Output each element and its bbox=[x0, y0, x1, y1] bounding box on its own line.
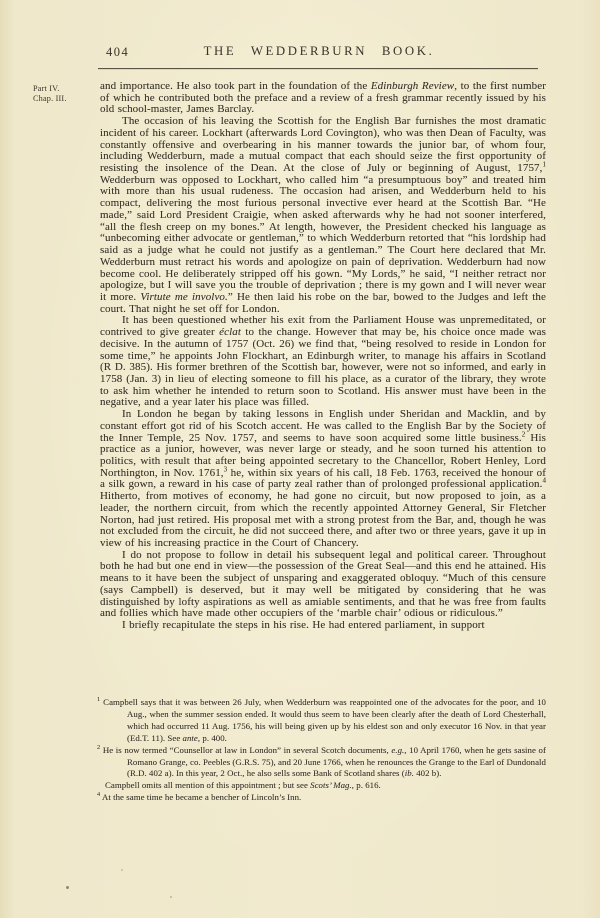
book-page: 404 THE WEDDERBURN BOOK. Part IV. Chap. … bbox=[0, 0, 600, 918]
text-run: The occasion of his leaving the Scottish… bbox=[100, 115, 546, 174]
text-run: , p. 400. bbox=[198, 733, 227, 743]
text-run: I do not propose to follow in detail his… bbox=[100, 549, 546, 620]
text-run: Hitherto, from motives of economy, he ha… bbox=[100, 490, 546, 549]
header-rule bbox=[98, 68, 538, 69]
text-run: to the change. However that may be, his … bbox=[100, 326, 546, 408]
text-run: Campbell omits all mention of this appoi… bbox=[105, 780, 310, 790]
text-run: ib. bbox=[405, 768, 414, 778]
margin-note-part: Part IV. bbox=[33, 84, 97, 94]
text-run: He is now termed “Counsellor at law in L… bbox=[103, 745, 392, 755]
footnote-1: 1 Campbell says that it was between 26 J… bbox=[97, 697, 546, 745]
margin-note: Part IV. Chap. III. bbox=[33, 84, 97, 104]
text-run: Virtute me involvo. bbox=[140, 291, 228, 303]
text-run: In London he began by taking lessons in … bbox=[100, 408, 546, 443]
paper-speck bbox=[121, 869, 123, 871]
footnote-3: Campbell omits all mention of this appoi… bbox=[97, 780, 546, 792]
footnote-marker: 1 bbox=[97, 696, 100, 703]
footnote-marker: 2 bbox=[97, 744, 100, 751]
paragraph-2: The occasion of his leaving the Scottish… bbox=[100, 116, 546, 315]
text-run: ante bbox=[183, 733, 198, 743]
paper-speck bbox=[66, 886, 69, 889]
text-run: éclat bbox=[219, 326, 241, 338]
text-run: At the same time he became a bencher of … bbox=[102, 792, 301, 802]
text-run: e.g. bbox=[391, 745, 404, 755]
paragraph-1: and importance. He also took part in the… bbox=[100, 81, 546, 116]
text-run: Wedderburn was opposed to Lockhart, who … bbox=[100, 174, 546, 303]
paragraph-6: I briefly recapitulate the steps in his … bbox=[100, 620, 546, 632]
footnote-ref: 1 bbox=[543, 160, 547, 168]
page-header: 404 THE WEDDERBURN BOOK. bbox=[98, 44, 540, 60]
text-run: and importance. He also took part in the… bbox=[100, 80, 371, 92]
text-run: Scots’ Mag. bbox=[310, 780, 352, 790]
text-run: , p. 616. bbox=[352, 780, 381, 790]
text-run: 402 b). bbox=[414, 768, 442, 778]
text-run: Edinburgh Review bbox=[371, 80, 454, 92]
footnote-2: 2 He is now termed “Counsellor at law in… bbox=[97, 745, 546, 781]
paragraph-4: In London he began by taking lessons in … bbox=[100, 409, 546, 550]
running-title: THE WEDDERBURN BOOK. bbox=[98, 44, 540, 59]
footnote-4: 4 At the same time he became a bencher o… bbox=[97, 792, 546, 804]
footnote-marker: 4 bbox=[97, 791, 100, 798]
margin-note-chapter: Chap. III. bbox=[33, 94, 97, 104]
paragraph-3: It has been questioned whether his exit … bbox=[100, 315, 546, 409]
text-run: Campbell says that it was between 26 Jul… bbox=[103, 697, 546, 743]
footnote-ref: 4 bbox=[543, 477, 547, 485]
paragraph-5: I do not propose to follow in detail his… bbox=[100, 550, 546, 620]
paper-speck bbox=[170, 896, 172, 898]
text-run: I briefly recapitulate the steps in his … bbox=[122, 619, 485, 631]
footnotes: 1 Campbell says that it was between 26 J… bbox=[97, 697, 546, 804]
page-body: and importance. He also took part in the… bbox=[100, 81, 546, 632]
